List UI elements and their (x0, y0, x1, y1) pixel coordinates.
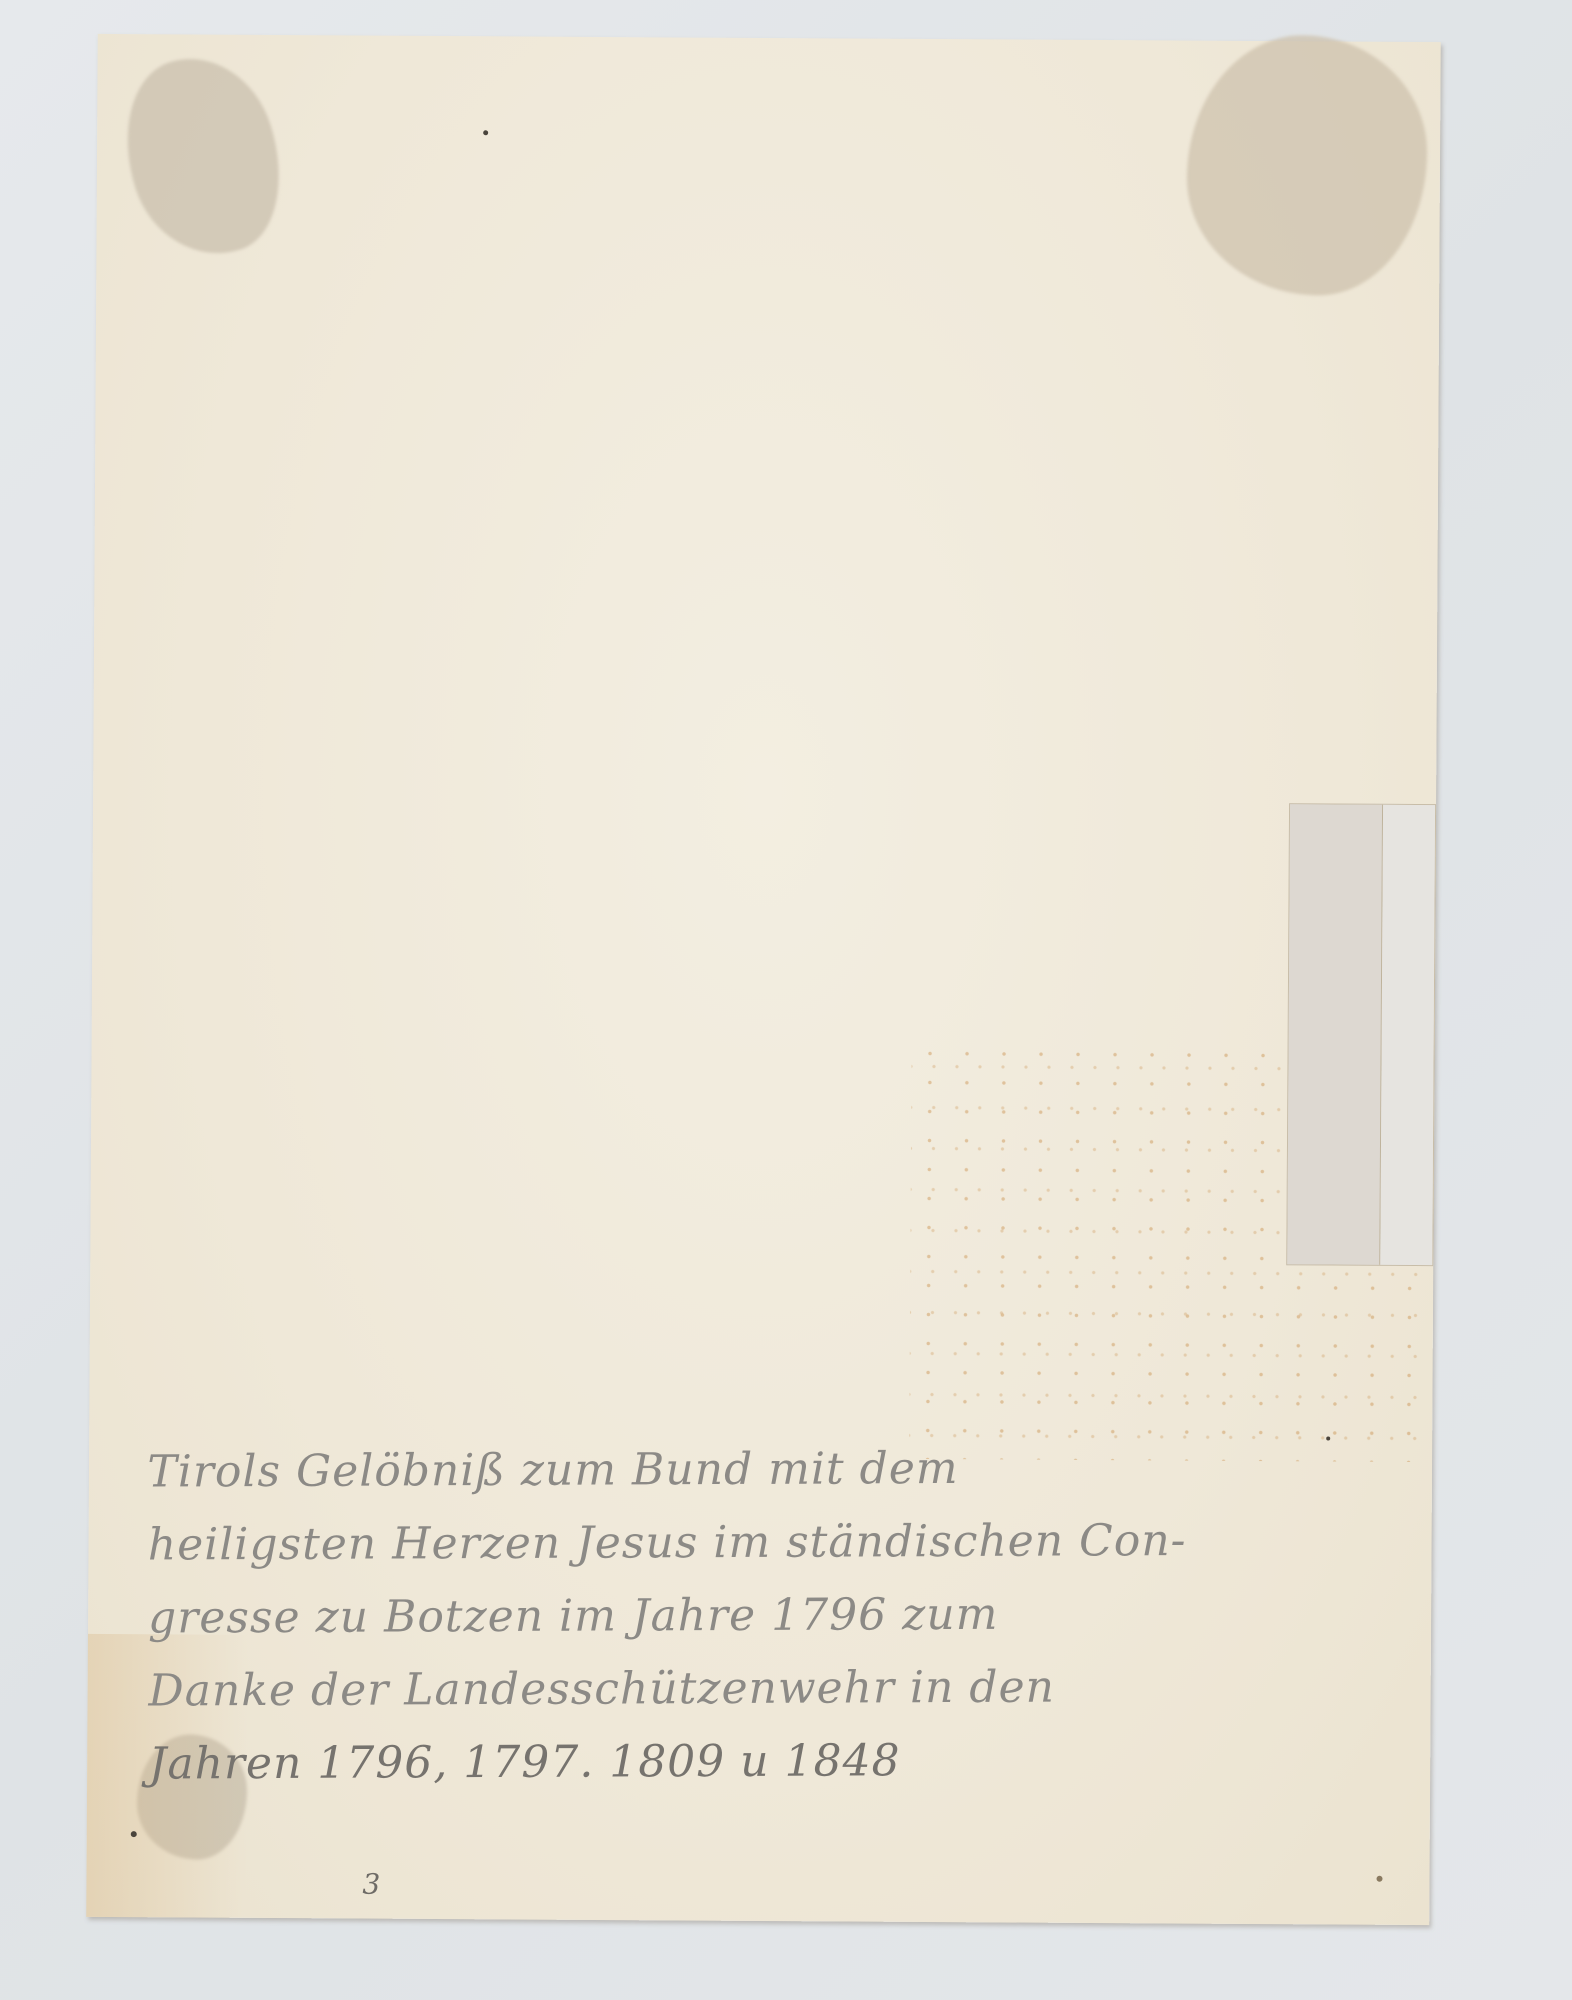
inscription-line: Danke der Landesschützenwehr in den (148, 1649, 1348, 1727)
inscription-line: gresse zu Botzen im Jahre 1796 zum (148, 1576, 1348, 1654)
tape-outer-strip (1380, 805, 1435, 1265)
card-back: Tirols Gelöbniß zum Bund mit dem heiligs… (86, 34, 1440, 1925)
adhesive-stain-top-right (1186, 35, 1428, 296)
inscription-line: heiligsten Herzen Jesus im ständischen C… (148, 1503, 1348, 1581)
paper-hinge-tape (1286, 803, 1436, 1266)
adhesive-stain-top-left (102, 39, 304, 274)
inscription-line: Jahren 1796, 1797. 1809 u 1848 (149, 1722, 1349, 1800)
handwritten-inscription: Tirols Gelöbniß zum Bund mit dem heiligs… (147, 1430, 1349, 1800)
page-number: 3 (362, 1868, 380, 1901)
speck (131, 1831, 137, 1837)
inscription-line: Tirols Gelöbniß zum Bund mit dem (147, 1430, 1347, 1508)
tape-inner-strip (1287, 804, 1383, 1265)
speck (483, 130, 488, 135)
speck (1376, 1876, 1382, 1882)
